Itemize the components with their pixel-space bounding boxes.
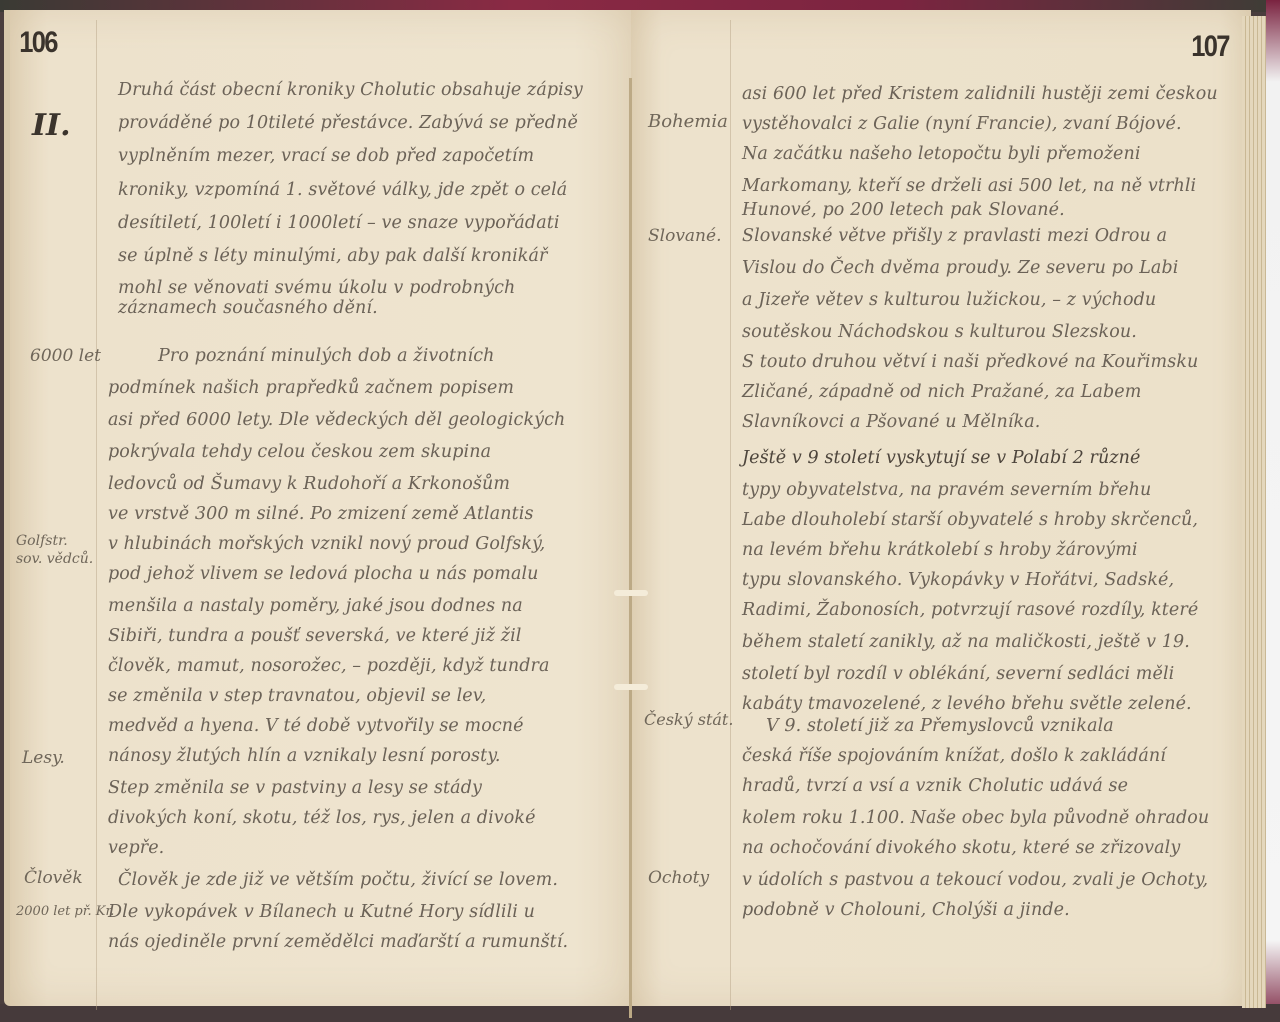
text-line: kroniky, vzpomíná 1. světové války, jde …: [118, 180, 567, 200]
text-line: člověk, mamut, nosorožec, – později, kdy…: [108, 656, 550, 676]
right-margin-rule: [730, 20, 731, 1010]
text-line: kabáty tmavozelené, z levého břehu světl…: [742, 694, 1192, 714]
left-margin-rule: [96, 20, 97, 1010]
text-line: Vislou do Čech dvěma proudy. Ze severu p…: [742, 258, 1178, 278]
book-cover-bottom: [0, 1004, 1280, 1022]
text-line: pokrývala tehdy celou českou zem skupina: [108, 442, 491, 462]
text-line: v hlubinách mořských vznikl nový proud G…: [108, 534, 545, 554]
margin-note: 6000 let: [30, 346, 101, 366]
text-line: Člověk je zde již ve větším počtu, živíc…: [118, 870, 558, 890]
text-line: česká říše spojováním knížat, došlo k za…: [742, 746, 1166, 766]
binding-stitch: [614, 684, 648, 690]
text-line: medvěd a hyena. V té době vytvořily se m…: [108, 716, 524, 736]
text-line: Slavníkovci a Pšované u Mělníka.: [742, 412, 1040, 432]
text-line: kolem roku 1.100. Naše obec byla původně…: [742, 808, 1209, 828]
text-line: Slovanské větve přišly z pravlasti mezi …: [742, 226, 1167, 246]
text-line: pod jehož vlivem se ledová plocha u nás …: [108, 564, 539, 584]
text-line: Sibiři, tundra a poušť severská, ve kter…: [108, 626, 521, 646]
margin-note: Bohemia: [648, 112, 728, 132]
text-line: Pro poznání minulých dob a životních: [158, 346, 495, 366]
text-line: se změnila v step travnatou, objevil se …: [108, 686, 486, 706]
text-line: vepře.: [108, 838, 164, 858]
text-line: Na začátku našeho letopočtu byli přemože…: [742, 144, 1141, 164]
margin-note: Člověk: [24, 868, 83, 888]
book-cover-right: [1266, 0, 1280, 1022]
text-line: asi před 6000 lety. Dle vědeckých děl ge…: [108, 410, 565, 430]
text-line: V 9. století již za Přemyslovců vznikala: [766, 716, 1114, 736]
margin-note: Golfstr. sov. vědců.: [16, 532, 96, 568]
binding-thread: [629, 78, 632, 1018]
text-line: hradů, tvrzí a vsí a vznik Cholutic udáv…: [742, 776, 1128, 796]
text-line: Zličané, západně od nich Pražané, za Lab…: [742, 382, 1141, 402]
page-number-left: 106: [19, 26, 56, 60]
text-line: S touto druhou větví i naši předkové na …: [742, 352, 1198, 372]
text-line: Druhá část obecní kroniky Cholutic obsah…: [118, 80, 583, 100]
text-line: a Jizeře větev s kulturou lužickou, – z …: [742, 290, 1156, 310]
text-line: na levém břehu krátkolebí s hroby žárový…: [742, 540, 1138, 560]
text-line: nás ojediněle první zemědělci maďarští a…: [108, 932, 568, 952]
text-line: prováděné po 10tileté přestávce. Zabývá …: [118, 113, 578, 133]
margin-note: Slované.: [648, 226, 721, 246]
margin-note: Ochoty: [648, 868, 709, 888]
margin-note: 2000 let př. Kr.: [16, 902, 114, 922]
text-line: divokých koní, skotu, též los, rys, jele…: [108, 808, 536, 828]
text-line: vystěhovalci z Galie (nyní Francie), zva…: [742, 114, 1182, 134]
margin-note: Český stát.: [644, 710, 733, 730]
text-line: Labe dlouholebí starší obyvatelé s hroby…: [742, 510, 1198, 530]
text-line: během staletí zanikly, až na maličkosti,…: [742, 632, 1190, 652]
binding-stitch: [614, 590, 648, 596]
text-line: vyplněním mezer, vrací se dob před započ…: [118, 146, 534, 166]
text-line: Step změnila se v pastviny a lesy se stá…: [108, 778, 482, 798]
text-line: Markomany, kteří se drželi asi 500 let, …: [742, 176, 1196, 196]
text-line: na ochočování divokého skotu, které se z…: [742, 838, 1180, 858]
text-line: Radimi, Žabonosích, potvrzují rasové roz…: [742, 600, 1198, 620]
section-mark: II.: [32, 108, 71, 143]
text-line: podobně v Cholouni, Cholýši a jinde.: [742, 900, 1070, 920]
text-line: asi 600 let před Kristem zalidnili hustě…: [742, 84, 1218, 104]
text-line: se úplně s léty minulými, aby pak další …: [118, 246, 548, 266]
text-line: záznamech současného dění.: [118, 298, 378, 318]
page-edges: [1242, 16, 1266, 1008]
text-line: Ještě v 9 století vyskytují se v Polabí …: [742, 448, 1141, 468]
text-line: ve vrstvě 300 m silné. Po zmizení země A…: [108, 504, 534, 524]
text-line: typu slovanského. Vykopávky v Hořátvi, S…: [742, 570, 1174, 590]
page-number-right: 107: [1191, 30, 1228, 64]
text-line: typy obyvatelstva, na pravém severním bř…: [742, 480, 1151, 500]
text-line: nánosy žlutých hlín a vznikaly lesní por…: [108, 746, 501, 766]
text-line: podmínek našich prapředků začnem popisem: [108, 378, 514, 398]
text-line: v údolích s pastvou a tekoucí vodou, zva…: [742, 870, 1208, 890]
margin-note: Lesy.: [22, 748, 65, 768]
text-line: soutěskou Náchodskou s kulturou Slezskou…: [742, 322, 1137, 342]
text-line: desítiletí, 100letí i 1000letí – ve snaz…: [118, 213, 560, 233]
text-line: Dle vykopávek v Bílanech u Kutné Hory sí…: [108, 902, 535, 922]
text-line: století byl rozdíl v oblékání, severní s…: [742, 664, 1174, 684]
text-line: ledovců od Šumavy k Rudohoří a Krkonošům: [108, 474, 510, 494]
text-line: mohl se věnovati svému úkolu v podrobnýc…: [118, 278, 515, 298]
text-line: Hunové, po 200 letech pak Slované.: [742, 200, 1065, 220]
text-line: menšila a nastaly poměry, jaké jsou dodn…: [108, 596, 523, 616]
